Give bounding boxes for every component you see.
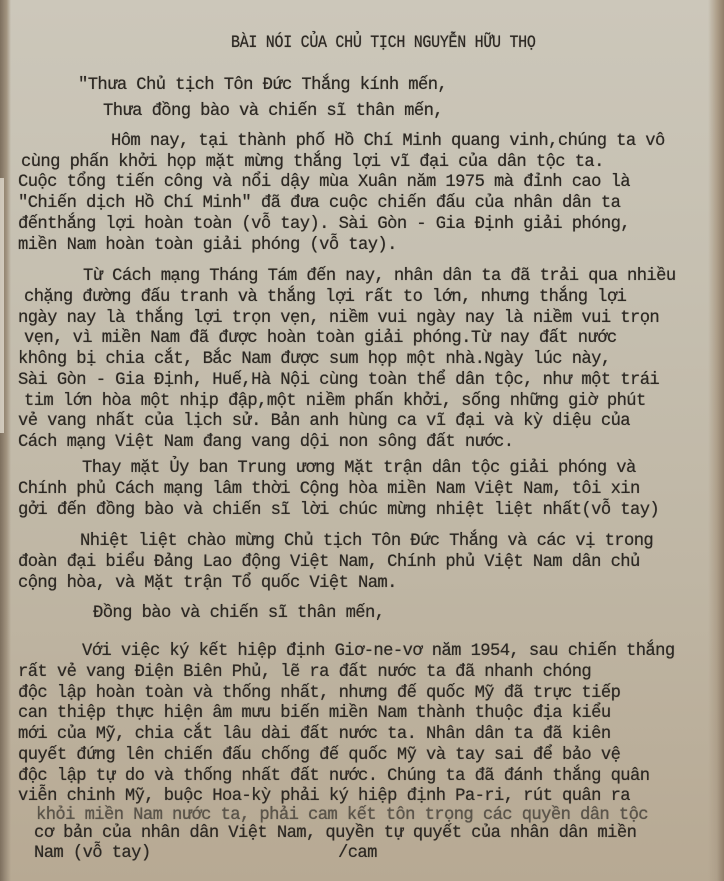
paragraph-line: Cách mạng Việt Nam đang vang dội non sôn… (18, 432, 513, 454)
document-title: BÀI NÓI CỦA CHỦ TỊCH NGUYỄN HỮU THỌ (231, 31, 536, 56)
paragraph-line: cộng hòa, và Mặt trận Tổ quốc Việt Nam. (18, 573, 397, 595)
paragraph-line: Hôm nay, tại thành phố Hồ Chí Minh quang… (111, 131, 665, 153)
paragraph-line: tim lớn hòa một nhịp đập,một niềm phấn k… (24, 391, 646, 413)
salutation-line-2: Thưa đồng bào và chiến sĩ thân mến, (103, 101, 443, 123)
paragraph-line: Sài Gòn - Gia Định, Huế,Hà Nội cùng toàn… (18, 370, 659, 392)
salutation-line-1: "Thưa Chủ tịch Tôn Đức Thắng kính mến, (78, 75, 447, 97)
paragraph-line: cơ bản của nhân dân Việt Nam, quyền tự q… (34, 823, 636, 845)
paragraph-line: cùng phấn khởi họp mặt mừng thắng lợi vĩ… (21, 152, 604, 174)
paragraph-line: vẻ vang nhất của lịch sử. Bản anh hùng c… (18, 411, 630, 433)
paragraph-line: độc lập hoàn toàn và thống nhất, nhưng đ… (18, 683, 620, 705)
page-left-edge-highlight (0, 178, 4, 433)
paragraph-line: Từ Cách mạng Tháng Tám đến nay, nhân dân… (83, 266, 676, 288)
paragraph-line: chặng đường đấu tranh và thắng lợi rất t… (24, 287, 626, 309)
paragraph-line: Cuộc tổng tiến công và nổi dậy mùa Xuân … (18, 172, 630, 194)
paragraph-line: Nhiệt liệt chào mừng Chủ tịch Tôn Đức Th… (80, 531, 653, 553)
page-left-edge (0, 0, 11, 881)
typist-mark: /cam (338, 843, 377, 865)
paragraph-line: Chính phủ Cách mạng lâm thời Cộng hòa mi… (18, 479, 640, 501)
paragraph-line: vẹn, vì miền Nam đã được hoàn toàn giải … (24, 328, 617, 350)
paragraph-line: Đồng bào và chiến sĩ thân mến, (93, 603, 384, 625)
page-right-edge (708, 0, 724, 881)
paragraph-line: gởi đến đồng bào và chiến sĩ lời chúc mừ… (18, 500, 659, 522)
paragraph-line: đếnthắng lợi hoàn toàn (vỗ tay). Sài Gòn… (18, 214, 630, 236)
typed-document-page: BÀI NÓI CỦA CHỦ TỊCH NGUYỄN HỮU THỌ "Thư… (0, 0, 724, 881)
paragraph-line: "Chiến dịch Hồ Chí Minh" đã đưa cuộc chi… (18, 193, 620, 215)
paragraph-line: Thay mặt Ủy ban Trung ương Mặt trận dân … (82, 458, 636, 480)
paragraph-line: miền Nam hoàn toàn giải phóng (vỗ tay). (18, 235, 397, 257)
paragraph-line: Nam (vỗ tay) (34, 843, 151, 865)
paragraph-line: quyết đứng lên chiến đấu chống đế quốc M… (18, 745, 620, 767)
paragraph-line: độc lập tự do và thống nhất đất nước. Ch… (18, 766, 649, 788)
paragraph-line: không bị chia cắt, Bắc Nam được sum họp … (18, 349, 611, 371)
paragraph-line: đoàn đại biểu Đảng Lao động Việt Nam, Ch… (18, 552, 640, 574)
paragraph-line: ngày nay là thắng lợi trọn vẹn, niềm vui… (18, 308, 659, 330)
paragraph-line: mới của Mỹ, chia cắt lâu dài đất nước ta… (18, 724, 611, 746)
paragraph-line: rất vẻ vang Điện Biên Phủ, lẽ ra đất nướ… (18, 662, 591, 684)
paragraph-line: Với việc ký kết hiệp định Giơ-ne-vơ năm … (82, 641, 675, 663)
paragraph-line: can thiệp thực hiện âm mưu biến miền Nam… (18, 703, 611, 725)
